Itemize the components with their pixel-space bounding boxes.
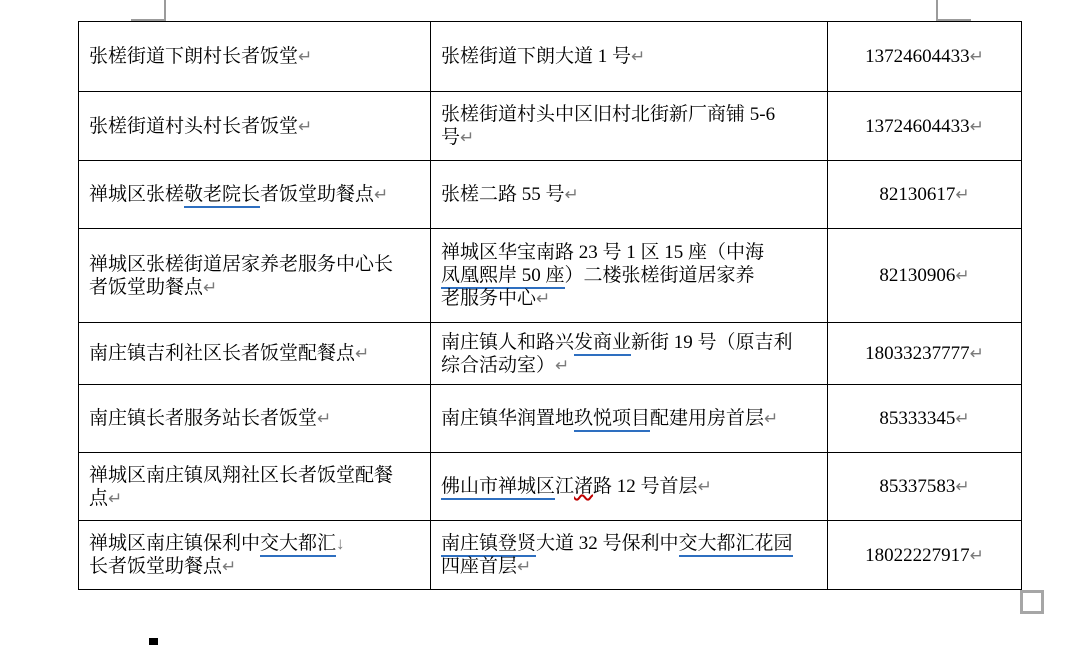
paragraph-mark: ↵ bbox=[536, 289, 550, 308]
cell-text: 四座首层 bbox=[441, 556, 517, 577]
grammar-underlined-text: 交大都汇 bbox=[260, 533, 336, 557]
cell-text: 者饭堂助餐点 bbox=[89, 277, 203, 298]
paragraph-mark: ↵ bbox=[108, 489, 122, 508]
cell-text: 者饭堂助餐点 bbox=[260, 184, 374, 205]
cell-text: 禅城区华宝南路 23 号 1 区 15 座（中海 bbox=[441, 242, 764, 263]
cell-text: 点 bbox=[89, 488, 108, 509]
table-row: 禅城区南庄镇保利中交大都汇↓长者饭堂助餐点↵ 南庄镇登贤大道 32 号保利中交大… bbox=[79, 521, 1022, 590]
crop-mark-top-right-vertical bbox=[936, 0, 938, 21]
name-cell[interactable]: 禅城区南庄镇保利中交大都汇↓长者饭堂助餐点↵ bbox=[79, 521, 431, 590]
address-cell[interactable]: 佛山市禅城区江渚路 12 号首层↵ bbox=[431, 453, 828, 521]
cell-text: 禅城区南庄镇凤翔社区长者饭堂配餐 bbox=[89, 465, 393, 486]
cell-text: 张槎街道村头村长者饭堂 bbox=[89, 116, 298, 137]
grammar-underlined-text: 南庄镇登贤 bbox=[441, 533, 536, 557]
address-cell[interactable]: 张槎街道下朗大道 1 号↵ bbox=[431, 22, 828, 92]
name-cell[interactable]: 禅城区张槎敬老院长者饭堂助餐点↵ bbox=[79, 161, 431, 229]
paragraph-mark: ↵ bbox=[517, 557, 531, 576]
table-row: 张槎街道村头村长者饭堂↵ 张槎街道村头中区旧村北街新厂商铺 5-6号↵ 1372… bbox=[79, 92, 1022, 161]
phone-cell[interactable]: 85333345↵ bbox=[828, 385, 1022, 453]
table-row: 南庄镇长者服务站长者饭堂↵ 南庄镇华润置地玖悦项目配建用房首层↵ 8533334… bbox=[79, 385, 1022, 453]
paragraph-mark: ↵ bbox=[970, 546, 984, 565]
grammar-underlined-text: 佛山市禅城区 bbox=[441, 476, 555, 500]
cell-text: 南庄镇长者服务站长者饭堂 bbox=[89, 408, 317, 429]
cell-text: 南庄镇华润置地 bbox=[441, 408, 574, 429]
paragraph-mark: ↵ bbox=[374, 185, 388, 204]
name-cell[interactable]: 禅城区张槎街道居家养老服务中心长者饭堂助餐点↵ bbox=[79, 229, 431, 323]
address-cell[interactable]: 南庄镇登贤大道 32 号保利中交大都汇花园四座首层↵ bbox=[431, 521, 828, 590]
spellcheck-underlined-text: 渚 bbox=[574, 476, 593, 497]
cell-text: 张槎街道村头中区旧村北街新厂商铺 5-6 bbox=[441, 104, 775, 125]
paragraph-mark: ↵ bbox=[955, 477, 969, 496]
paragraph-mark: ↵ bbox=[970, 344, 984, 363]
cell-text: ）二楼张槎街道居家养 bbox=[565, 265, 755, 286]
paragraph-mark: ↵ bbox=[955, 266, 969, 285]
name-cell[interactable]: 张槎街道下朗村长者饭堂↵ bbox=[79, 22, 431, 92]
cell-text: 85337583 bbox=[879, 476, 955, 497]
paragraph-mark: ↵ bbox=[317, 409, 331, 428]
table-row: 禅城区南庄镇凤翔社区长者饭堂配餐点↵ 佛山市禅城区江渚路 12 号首层↵ 853… bbox=[79, 453, 1022, 521]
address-cell[interactable]: 张槎二路 55 号↵ bbox=[431, 161, 828, 229]
cell-text: 长者饭堂助餐点 bbox=[89, 556, 222, 577]
address-cell[interactable]: 南庄镇华润置地玖悦项目配建用房首层↵ bbox=[431, 385, 828, 453]
table-resize-handle[interactable] bbox=[1020, 590, 1044, 614]
cell-text: 江 bbox=[555, 476, 574, 497]
cell-text: 南庄镇吉利社区长者饭堂配餐点 bbox=[89, 343, 355, 364]
paragraph-mark: ↵ bbox=[698, 477, 712, 496]
paragraph-mark: ↵ bbox=[298, 117, 312, 136]
phone-cell[interactable]: 82130617↵ bbox=[828, 161, 1022, 229]
cell-text: 张槎街道下朗大道 1 号 bbox=[441, 46, 631, 67]
paragraph-mark: ↵ bbox=[955, 185, 969, 204]
cell-text: 号 bbox=[441, 127, 460, 148]
cell-text: 82130617 bbox=[879, 184, 955, 205]
address-cell[interactable]: 禅城区华宝南路 23 号 1 区 15 座（中海凤凰熙岸 50 座）二楼张槎街道… bbox=[431, 229, 828, 323]
cell-text: 禅城区南庄镇保利中 bbox=[89, 533, 260, 554]
paragraph-mark: ↵ bbox=[565, 185, 579, 204]
cell-text: 18033237777 bbox=[865, 343, 970, 364]
cell-text: 82130906 bbox=[879, 265, 955, 286]
paragraph-mark: ↵ bbox=[764, 409, 778, 428]
cell-text: 85333345 bbox=[879, 408, 955, 429]
paragraph-mark: ↵ bbox=[955, 409, 969, 428]
name-cell[interactable]: 南庄镇吉利社区长者饭堂配餐点↵ bbox=[79, 323, 431, 385]
canteen-table: 张槎街道下朗村长者饭堂↵ 张槎街道下朗大道 1 号↵ 13724604433↵ … bbox=[78, 21, 1022, 590]
cell-text: 13724604433 bbox=[865, 46, 970, 67]
paragraph-mark: ↵ bbox=[970, 47, 984, 66]
cell-text: 新街 19 号（原吉利 bbox=[631, 332, 793, 353]
paragraph-mark: ↵ bbox=[203, 278, 217, 297]
line-break-mark: ↓ bbox=[336, 534, 345, 553]
cell-text: 张槎街道下朗村长者饭堂 bbox=[89, 46, 298, 67]
table-row: 南庄镇吉利社区长者饭堂配餐点↵ 南庄镇人和路兴发商业新街 19 号（原吉利综合活… bbox=[79, 323, 1022, 385]
cell-text: 禅城区张槎 bbox=[89, 184, 184, 205]
grammar-underlined-text: 凤凰熙岸 50 座 bbox=[441, 265, 565, 289]
grammar-underlined-text: 敬老院长 bbox=[184, 184, 260, 208]
cell-text: 南庄镇人和路兴 bbox=[441, 332, 574, 353]
paragraph-mark: ↵ bbox=[222, 557, 236, 576]
cell-text: 18022227917 bbox=[865, 545, 970, 566]
document-page[interactable]: 张槎街道下朗村长者饭堂↵ 张槎街道下朗大道 1 号↵ 13724604433↵ … bbox=[0, 0, 1092, 646]
table-row: 禅城区张槎街道居家养老服务中心长者饭堂助餐点↵ 禅城区华宝南路 23 号 1 区… bbox=[79, 229, 1022, 323]
address-cell[interactable]: 南庄镇人和路兴发商业新街 19 号（原吉利综合活动室）↵ bbox=[431, 323, 828, 385]
phone-cell[interactable]: 82130906↵ bbox=[828, 229, 1022, 323]
black-square-mark bbox=[149, 638, 158, 645]
cell-text: 老服务中心 bbox=[441, 288, 536, 309]
cell-text: 13724604433 bbox=[865, 116, 970, 137]
cell-text: 路 12 号首层 bbox=[593, 476, 698, 497]
crop-mark-top-left-vertical bbox=[164, 0, 166, 21]
paragraph-mark: ↵ bbox=[555, 356, 569, 375]
name-cell[interactable]: 张槎街道村头村长者饭堂↵ bbox=[79, 92, 431, 161]
address-cell[interactable]: 张槎街道村头中区旧村北街新厂商铺 5-6号↵ bbox=[431, 92, 828, 161]
name-cell[interactable]: 禅城区南庄镇凤翔社区长者饭堂配餐点↵ bbox=[79, 453, 431, 521]
grammar-underlined-text: 交大都汇花园 bbox=[679, 533, 793, 557]
paragraph-mark: ↵ bbox=[355, 344, 369, 363]
grammar-underlined-text: 玖悦项目 bbox=[574, 408, 650, 432]
grammar-underlined-text: 发商业 bbox=[574, 332, 631, 356]
paragraph-mark: ↵ bbox=[970, 117, 984, 136]
cell-text: 禅城区张槎街道居家养老服务中心长 bbox=[89, 254, 393, 275]
paragraph-mark: ↵ bbox=[460, 128, 474, 147]
cell-text: 综合活动室） bbox=[441, 355, 555, 376]
cell-text: 配建用房首层 bbox=[650, 408, 764, 429]
paragraph-mark: ↵ bbox=[298, 47, 312, 66]
table-row: 禅城区张槎敬老院长者饭堂助餐点↵ 张槎二路 55 号↵ 82130617↵ bbox=[79, 161, 1022, 229]
phone-cell[interactable]: 18022227917↵ bbox=[828, 521, 1022, 590]
name-cell[interactable]: 南庄镇长者服务站长者饭堂↵ bbox=[79, 385, 431, 453]
paragraph-mark: ↵ bbox=[631, 47, 645, 66]
table-row: 张槎街道下朗村长者饭堂↵ 张槎街道下朗大道 1 号↵ 13724604433↵ bbox=[79, 22, 1022, 92]
phone-cell[interactable]: 85337583↵ bbox=[828, 453, 1022, 521]
cell-text: 张槎二路 55 号 bbox=[441, 184, 565, 205]
cell-text: 大道 32 号保利中 bbox=[536, 533, 679, 554]
phone-cell[interactable]: 13724604433↵ bbox=[828, 92, 1022, 161]
phone-cell[interactable]: 13724604433↵ bbox=[828, 22, 1022, 92]
phone-cell[interactable]: 18033237777↵ bbox=[828, 323, 1022, 385]
